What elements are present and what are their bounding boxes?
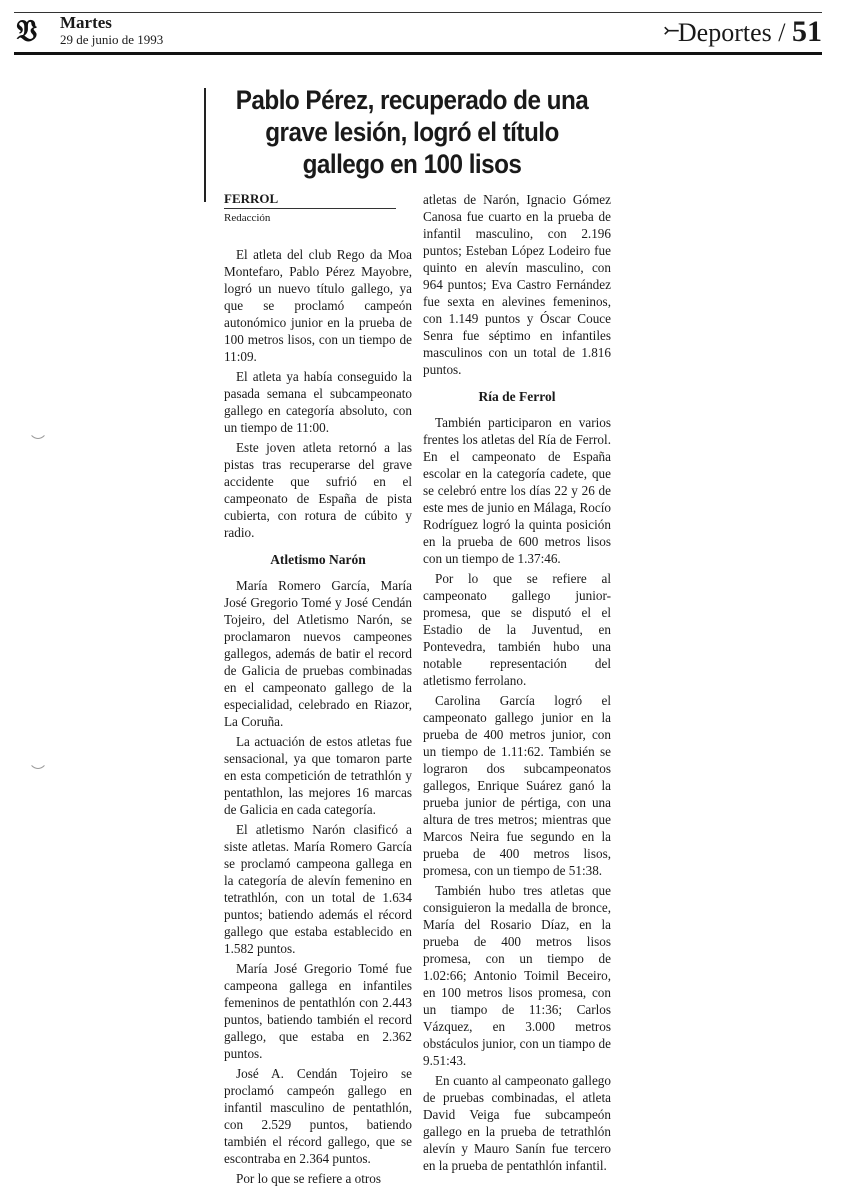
article-column-1: FERROL Redacción El atleta del club Rego… <box>224 191 412 1190</box>
paragraph: Por lo que se refiere al campeonato gall… <box>423 570 611 689</box>
scan-mark <box>28 745 48 769</box>
scan-mark <box>28 415 48 439</box>
paragraph: La actuación de estos atletas fue sensac… <box>224 733 412 818</box>
page-number: 51 <box>792 15 822 48</box>
paragraph: Por lo que se refiere a otros <box>224 1170 412 1187</box>
headline-vertical-rule <box>204 88 206 202</box>
paragraph: También hubo tres atletas que consiguier… <box>423 882 611 1069</box>
masthead-date: 29 de junio de 1993 <box>60 32 163 48</box>
paragraph: También participaron en varios frentes l… <box>423 414 611 567</box>
paragraph: María Romero García, María José Gregorio… <box>224 577 412 730</box>
paragraph: El atleta del club Rego da Moa Montefaro… <box>224 246 412 365</box>
byline-rule <box>224 208 396 209</box>
paragraph: José A. Cendán Tojeiro se proclamó campe… <box>224 1065 412 1167</box>
paragraph: En cuanto al campeonato gallego de prueb… <box>423 1072 611 1174</box>
byline-place: FERROL <box>224 191 412 207</box>
subheading: Ría de Ferrol <box>423 388 611 405</box>
paragraph: Este joven atleta retornó a las pistas t… <box>224 439 412 541</box>
masthead-day: Martes <box>60 14 112 32</box>
masthead-top-rule <box>14 12 822 13</box>
paragraph: Carolina García logró el campeonato gall… <box>423 692 611 879</box>
paragraph: María José Gregorio Tomé fue campeona ga… <box>224 960 412 1062</box>
article-column-2: atletas de Narón, Ignacio Gómez Canosa f… <box>423 191 611 1177</box>
byline-source: Redacción <box>224 211 412 225</box>
newspaper-logo-icon: 𝔙 <box>16 14 50 50</box>
masthead-bottom-rule <box>14 52 822 55</box>
section-label: ⤚Deportes / 51 <box>663 15 822 49</box>
paragraph: El atleta ya había conseguido la pasada … <box>224 368 412 436</box>
masthead: 𝔙 Martes 29 de junio de 1993 ⤚Deportes /… <box>14 9 822 53</box>
subheading: Atletismo Narón <box>224 551 412 568</box>
paragraph: El atletismo Narón clasificó a siste atl… <box>224 821 412 957</box>
section-name: Deportes / <box>678 18 786 47</box>
article-headline: Pablo Pérez, recuperado de una grave les… <box>234 84 590 180</box>
paragraph: atletas de Narón, Ignacio Gómez Canosa f… <box>423 191 611 378</box>
